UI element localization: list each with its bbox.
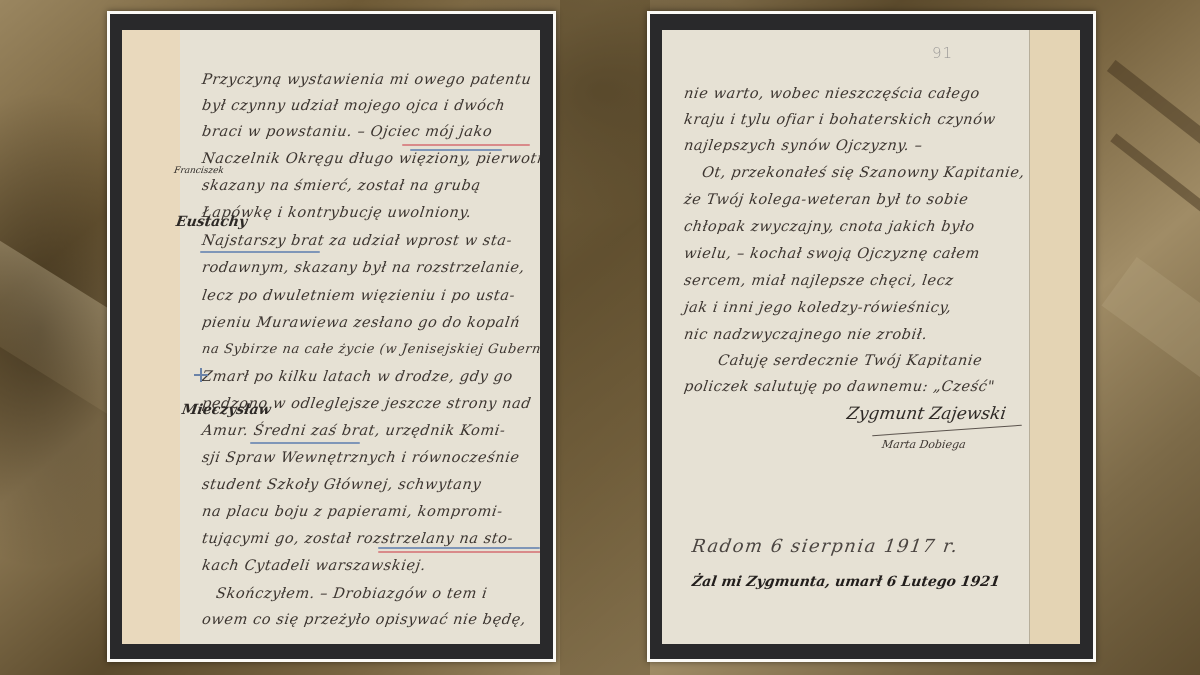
text-line: kach Cytadeli warszawskiej. [201, 558, 427, 574]
text-line: Całuję serdecznie Twój Kapitanie [717, 353, 983, 369]
text-line: sji Spraw Wewnętrznych i równocześnie [201, 450, 521, 466]
text-line: nie warto, wobec nieszczęścia całego [683, 86, 981, 102]
text-line: sercem, miał najlepsze chęci, lecz [683, 273, 955, 289]
right-page-frame: 91 nie warto, wobec nieszczęścia całego … [647, 11, 1096, 662]
margin-note-eustachy: Eustachy [175, 214, 248, 230]
binding-strip [122, 30, 180, 644]
background-gap [560, 0, 650, 675]
page-number: 91 [932, 44, 953, 62]
background-fold-line [1107, 60, 1200, 194]
text-line: nic nadzwyczajnego nie zrobił. [683, 327, 929, 343]
text-line: skazany na śmierć, został na grubą [201, 178, 482, 194]
background-fold-line [1110, 133, 1200, 276]
text-line: na Sybirze na całe życie (w Jenisejskiej… [201, 342, 540, 357]
text-line: Ot, przekonałeś się Szanowny Kapitanie, [701, 165, 1026, 181]
written-area: 91 nie warto, wobec nieszczęścia całego … [662, 30, 1030, 644]
text-line: wielu, – kochał swoją Ojczyznę całem [683, 246, 981, 262]
text-line: Zmarł po kilku latach w drodze, gdy go [201, 369, 514, 385]
text-line: lecz po dwuletniem więzieniu i po usta- [201, 288, 516, 304]
dateline: Radom 6 sierpnia 1917 r. [691, 536, 960, 557]
text-line: był czynny udział mojego ojca i dwóch [201, 98, 506, 114]
left-manuscript-page: 90 Przyczyną wystawienia mi owego patent… [122, 30, 540, 644]
text-line: najlepszych synów Ojczyzny. – [683, 138, 924, 154]
text-line: Naczelnik Okręgu długo więziony, pierwot… [201, 151, 540, 167]
text-line: Najstarszy brat za udział wprost w sta- [201, 233, 513, 249]
signature: Zygmunt Zajewski [846, 404, 1008, 424]
text-line: owem co się przeżyło opisywać nie będę, [201, 612, 527, 628]
background-paper-fragment [1101, 257, 1200, 423]
signature-annotation: Marta Dobiega [881, 438, 966, 451]
text-line: Skończyłem. – Drobiazgów o tem i [215, 586, 489, 602]
margin-note-mieczyslaw: Mieczysław [181, 402, 272, 418]
text-line: kraju i tylu ofiar i bohaterskich czynów [683, 112, 997, 128]
text-line: że Twój kolega-weteran był to sobie [683, 192, 970, 208]
red-pencil-underline [402, 144, 530, 146]
text-line: braci w powstaniu. – Ojciec mój jako [201, 124, 494, 140]
death-note: Żal mi Zygmunta, umarł 6 Lutego 1921 [691, 574, 1001, 590]
blue-pencil-underline [378, 547, 540, 549]
blue-pencil-underline [250, 442, 360, 444]
blue-cross-mark-icon [194, 368, 208, 382]
text-line: policzek salutuję po dawnemu: „Cześć" [683, 379, 996, 395]
text-line: chłopak zwyczajny, cnota jakich było [683, 219, 976, 235]
text-line: Przyczyną wystawienia mi owego patentu [201, 72, 533, 88]
written-area: 90 Przyczyną wystawienia mi owego patent… [180, 30, 540, 644]
right-manuscript-page: 91 nie warto, wobec nieszczęścia całego … [662, 30, 1080, 644]
margin-note-franciszek: Franciszek [173, 166, 224, 176]
binding-strip [1030, 30, 1080, 644]
left-page-frame: 90 Przyczyną wystawienia mi owego patent… [107, 11, 556, 662]
text-line: jak i inni jego koledzy-rówieśnicy, [683, 300, 953, 316]
text-line: rodawnym, skazany był na rozstrzelanie, [201, 260, 526, 276]
text-line: Amur. Średni zaś brat, urzędnik Komi- [201, 423, 507, 439]
signature-flourish [872, 425, 1022, 436]
right-page-mat: 91 nie warto, wobec nieszczęścia całego … [650, 14, 1093, 659]
red-pencil-underline [378, 551, 540, 553]
blue-pencil-underline [200, 251, 320, 253]
text-line: pieniu Murawiewa zesłano go do kopalń [201, 315, 521, 331]
text-line: na placu boju z papierami, kompromi- [201, 504, 504, 520]
text-line: tującymi go, został rozstrzelany na sto- [201, 531, 514, 547]
left-page-mat: 90 Przyczyną wystawienia mi owego patent… [110, 14, 553, 659]
text-line: student Szkoły Głównej, schwytany [201, 477, 482, 493]
